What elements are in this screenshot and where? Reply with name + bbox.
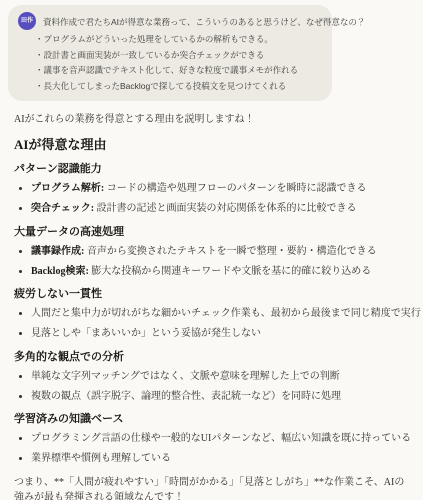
user-bullet-line: ・プログラムがどういった処理をしているかの解析もできる。 [35,32,320,48]
reason-list: プログラミング言語の仕様や一般的なUIパターンなど、幅広い知識を既に持っている … [14,432,411,467]
list-item-term: 議事録作成: [31,246,84,257]
reason-section-fast-processing: 大量データの高速処理 議事録作成: 音声から変換されたテキストを一瞬で整理・要約… [14,225,411,280]
section-heading: 疲労しない一貫性 [14,287,411,302]
list-item-text: 複数の観点（誤字脱字、論理的整合性、表記統一など）を同時に処理 [31,391,341,402]
list-item: Backlog検索: 膨大な投稿から関連キーワードや文脈を基に的確に絞り込める [31,265,411,280]
list-item: 複数の観点（誤字脱字、論理的整合性、表記統一など）を同時に処理 [31,390,411,405]
list-item: 見落としや「まあいいか」という妥協が発生しない [31,327,411,342]
user-bullet-line: ・設計書と画面実装が一致しているか突合チェックができる [35,48,320,64]
list-item: プログラミング言語の仕様や一般的なUIパターンなど、幅広い知識を既に持っている [31,432,411,447]
list-item-term: プログラム解析: [31,183,104,194]
list-item-text: 人間だと集中力が切れがちな細かいチェック作業も、最初から最後まで同じ精度で実行 [31,308,421,319]
assistant-intro: AIがこれらの業務を得意とする理由を説明しますね！ [14,112,411,128]
section-heading: 多角的な観点での分析 [14,350,411,365]
reason-section-pattern-recognition: パターン認識能力 プログラム解析: コードの構造や処理フローのパターンを瞬時に認… [14,162,411,217]
list-item-text: 音声から変換されたテキストを一瞬で整理・要約・構造化できる [84,246,376,257]
user-bullet-line: ・長大化してしまったBacklogで探してる投稿文を見つけてくれる [35,79,320,95]
list-item: プログラム解析: コードの構造や処理フローのパターンを瞬時に認識できる [31,182,411,197]
list-item-term: 突合チェック: [31,203,94,214]
reason-section-consistency: 疲労しない一貫性 人間だと集中力が切れがちな細かいチェック作業も、最初から最後ま… [14,287,411,342]
list-item-term: Backlog検索: [31,266,89,277]
section-heading: 学習済みの知識ベース [14,412,411,427]
main-heading: AIが得意な理由 [14,136,411,154]
section-heading: 大量データの高速処理 [14,225,411,240]
chat-transcript: 田作 資料作成で君たちAIが得意な業務って、こういうのあると思うけど、なぜ得意な… [0,5,423,500]
user-question-text: 資料作成で君たちAIが得意な業務って、こういうのあると思うけど、なぜ得意なの？ [43,12,365,29]
list-item: 単純な文字列マッチングではなく、文脈や意味を理解した上での判断 [31,370,411,385]
reason-list: 議事録作成: 音声から変換されたテキストを一瞬で整理・要約・構造化できる Bac… [14,245,411,280]
reason-list: プログラム解析: コードの構造や処理フローのパターンを瞬時に認識できる 突合チェ… [14,182,411,217]
list-item: 突合チェック: 設計書の記述と画面実装の対応関係を体系的に比較できる [31,202,411,217]
list-item-text: 単純な文字列マッチングではなく、文脈や意味を理解した上での判断 [31,371,340,382]
reason-section-knowledge-base: 学習済みの知識ベース プログラミング言語の仕様や一般的なUIパターンなど、幅広い… [14,412,411,467]
user-bullet-line: ・議事を音声認識でテキスト化して、好きな粒度で議事メモが作れる [35,63,320,79]
user-avatar: 田作 [18,12,36,30]
list-item-text: 見落としや「まあいいか」という妥協が発生しない [31,328,261,339]
list-item-text: コードの構造や処理フローのパターンを瞬時に認識できる [104,183,366,194]
assistant-message: AIがこれらの業務を得意とする理由を説明しますね！ AIが得意な理由 パターン認… [14,112,411,500]
section-heading: パターン認識能力 [14,162,411,177]
user-bullet-list: ・プログラムがどういった処理をしているかの解析もできる。 ・設計書と画面実装が一… [35,32,320,94]
reason-list: 単純な文字列マッチングではなく、文脈や意味を理解した上での判断 複数の観点（誤字… [14,370,411,405]
list-item: 業界標準や慣例も理解している [31,452,411,467]
reason-section-multi-perspective: 多角的な観点での分析 単純な文字列マッチングではなく、文脈や意味を理解した上での… [14,350,411,405]
user-message-bubble: 田作 資料作成で君たちAIが得意な業務って、こういうのあると思うけど、なぜ得意な… [8,5,332,101]
reason-list: 人間だと集中力が切れがちな細かいチェック作業も、最初から最後まで同じ精度で実行 … [14,307,411,342]
list-item-text: 膨大な投稿から関連キーワードや文脈を基に的確に絞り込める [89,266,372,277]
list-item-text: 業界標準や慣例も理解している [31,453,171,464]
list-item: 人間だと集中力が切れがちな細かいチェック作業も、最初から最後まで同じ精度で実行 [31,307,411,322]
list-item-text: プログラミング言語の仕様や一般的なUIパターンなど、幅広い知識を既に持っている [31,433,411,444]
assistant-conclusion: つまり、**「人間が疲れやすい」「時間がかかる」「見落としがち」**な作業こそ、… [14,475,411,500]
list-item: 議事録作成: 音声から変換されたテキストを一瞬で整理・要約・構造化できる [31,245,411,260]
list-item-text: 設計書の記述と画面実装の対応関係を体系的に比較できる [94,203,357,214]
user-message-header: 田作 資料作成で君たちAIが得意な業務って、こういうのあると思うけど、なぜ得意な… [18,12,320,30]
